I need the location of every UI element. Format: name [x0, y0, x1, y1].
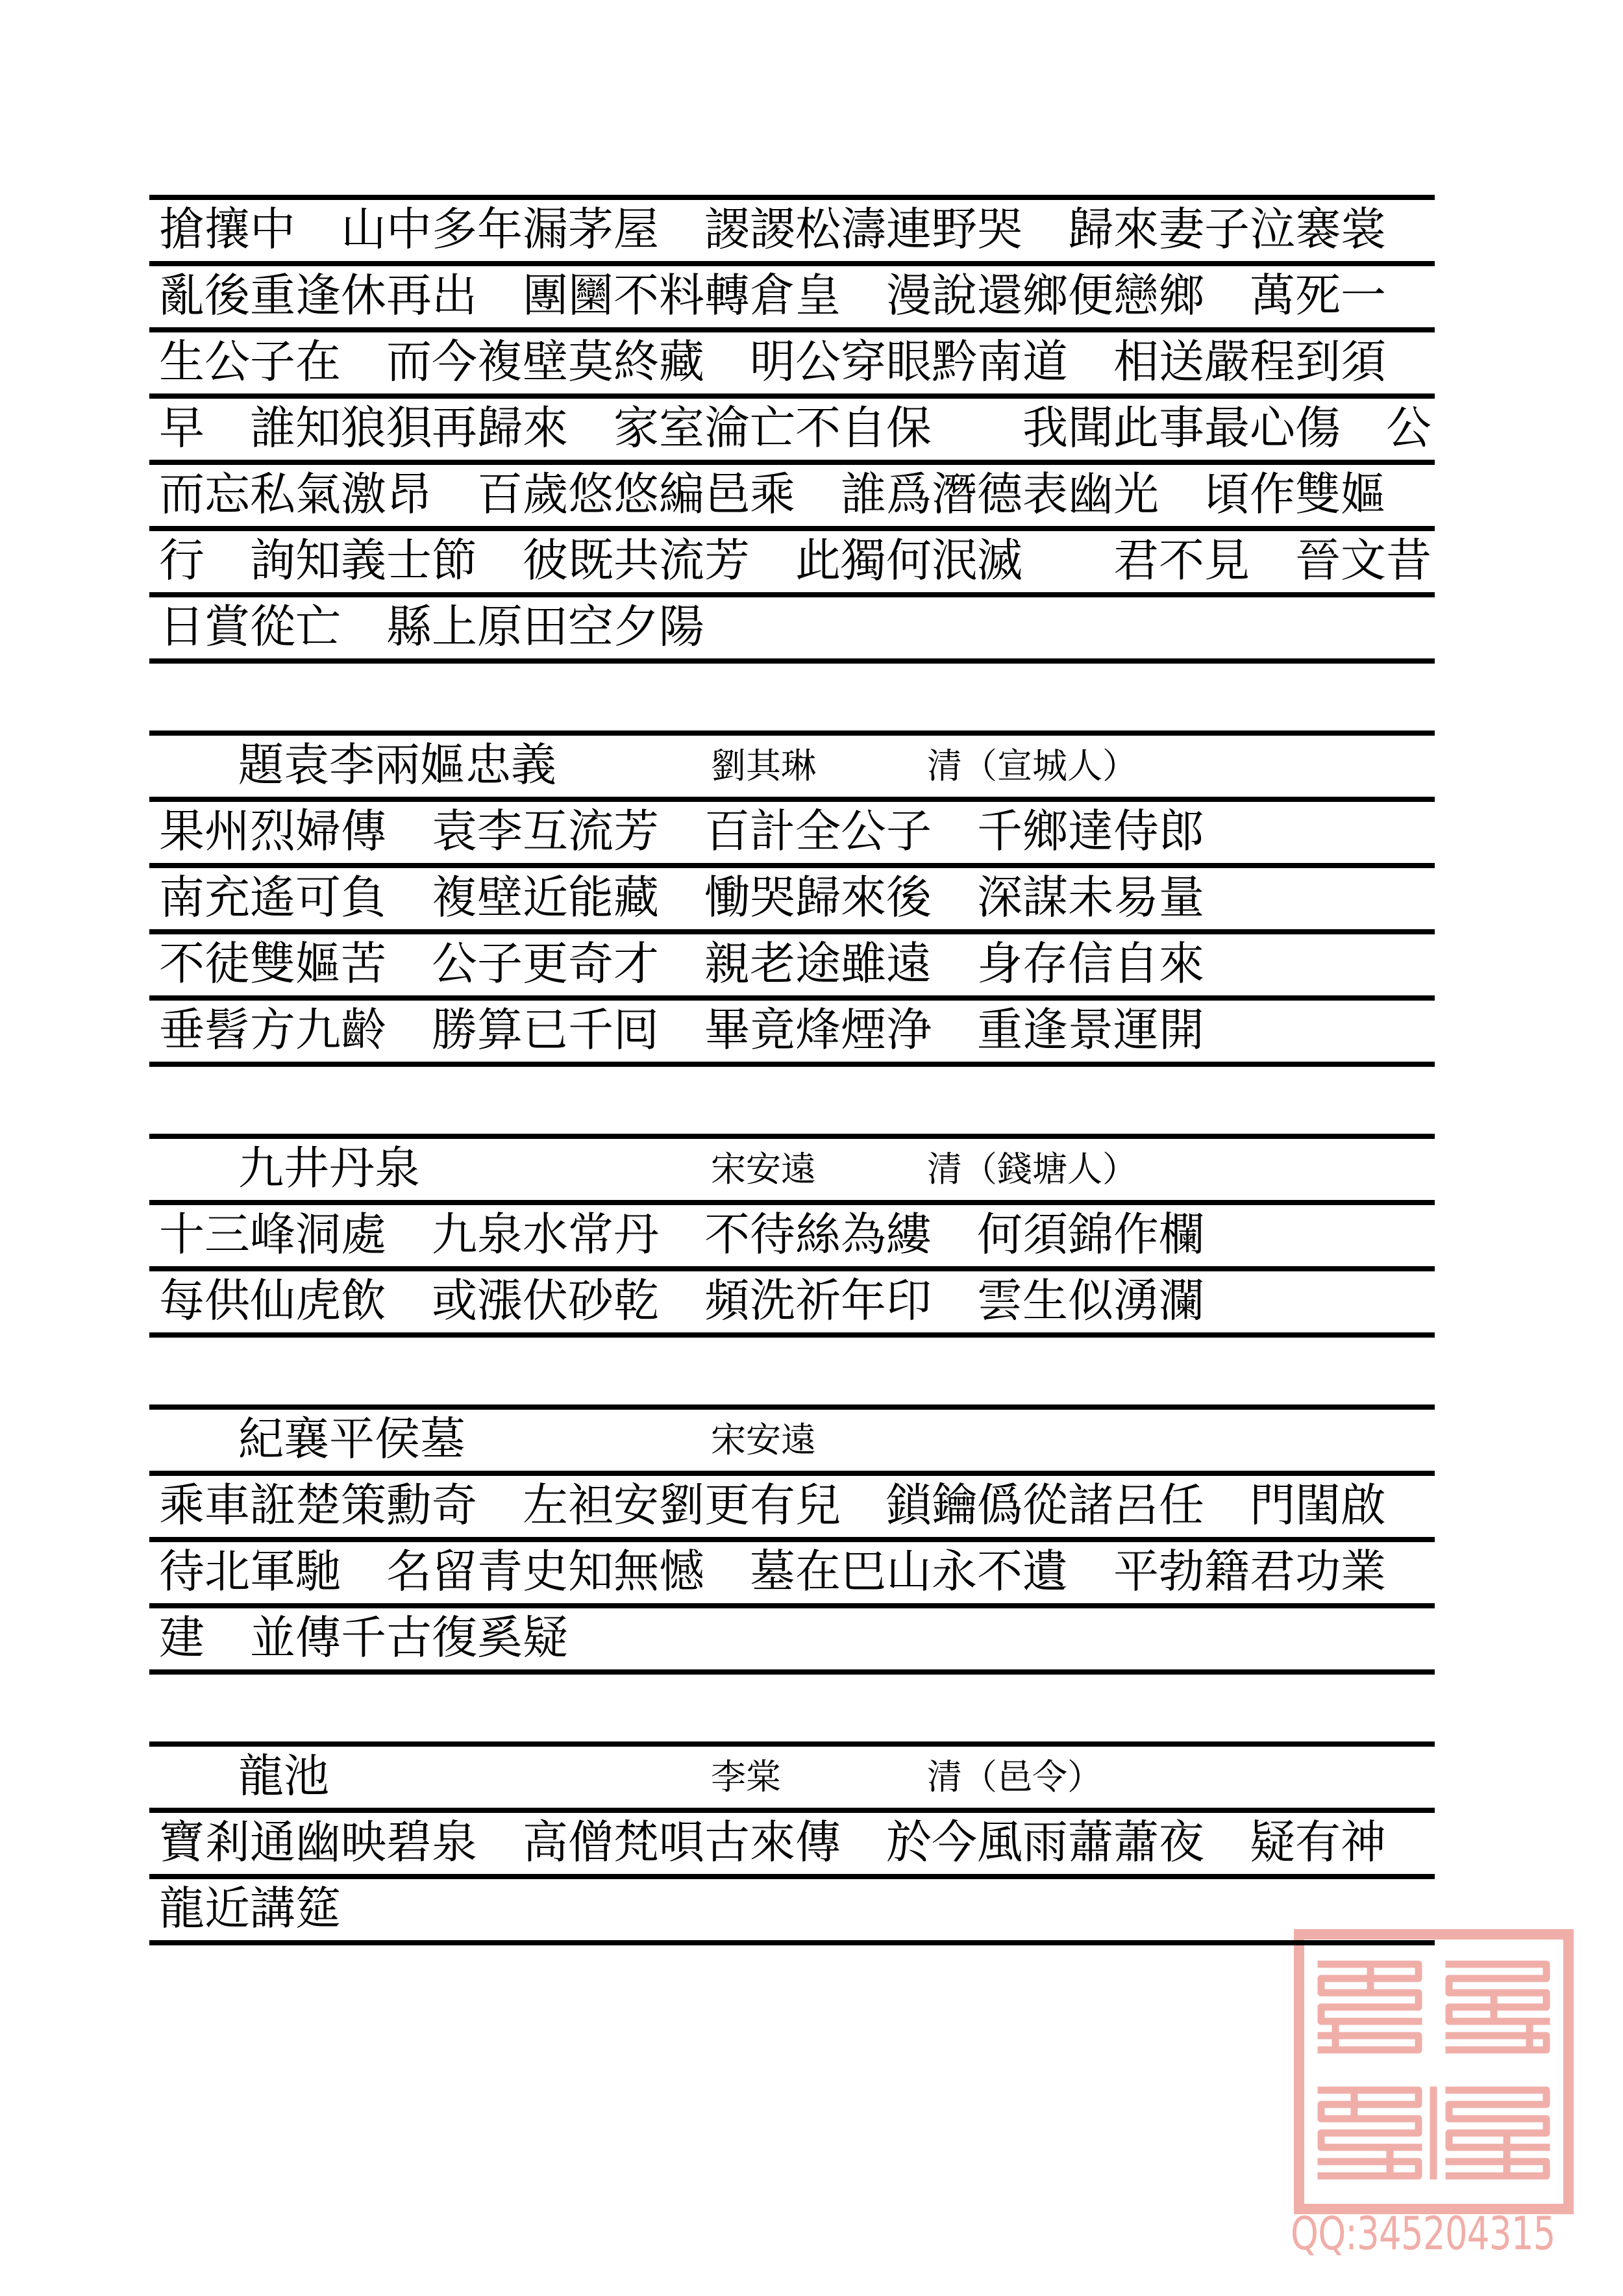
poem-line-row: 每供仙虎飲 或漲伏砂乾 頻洗祈年印 雲生似湧瀾	[149, 1271, 1435, 1338]
poem-line: 不徒雙嫗苦 公子更奇才 親老途雖遠 身存信自來	[149, 942, 1204, 988]
poem-text-content: 搶攘中 山中多年漏茅屋 謖謖松濤連野哭 歸來妻子泣褰裳 亂後重逢休再出 團圞不料…	[149, 195, 1435, 1945]
seal-stamp-icon	[1293, 1928, 1575, 2215]
poem-block-continuation: 搶攘中 山中多年漏茅屋 謖謖松濤連野哭 歸來妻子泣褰裳 亂後重逢休再出 團圞不料…	[149, 195, 1435, 664]
poem-line: 早 誰知狼狽再歸來 家室淪亡不自保 我聞此事最心傷 公	[149, 406, 1431, 452]
section-author: 宋安遠	[711, 1152, 816, 1187]
poem-block-longchi: 龍池 李棠 清（邑令） 寶剎通幽映碧泉 高僧梵唄古來傳 於今風雨蕭蕭夜 疑有神 …	[149, 1741, 1435, 1945]
poem-line: 日賞從亡 縣上原田空夕陽	[149, 605, 704, 651]
poem-line: 而忘私氣激昂 百歲悠悠編邑乘 誰爲潛德表幽光 頃作雙嫗	[149, 473, 1386, 518]
poem-line-row: 果州烈婦傳 袁李互流芳 百計全公子 千鄉達侍郎	[149, 802, 1435, 868]
poem-block-jiujing-danquan: 九井丹泉 宋安遠 清（錢塘人） 十三峰洞處 九泉水常丹 不待絲為縷 何須錦作欄 …	[149, 1134, 1435, 1338]
poem-line-row: 生公子在 而今複壁莫終藏 明公穿眼黔南道 相送嚴程到須	[149, 332, 1435, 399]
poem-line: 生公子在 而今複壁莫終藏 明公穿眼黔南道 相送嚴程到須	[149, 340, 1386, 386]
section-title-row: 龍池 李棠 清（邑令）	[149, 1747, 1435, 1813]
qq-watermark-text: QQ:345204315	[1291, 2209, 1555, 2259]
poem-line-row: 垂髫方九齡 勝算已千囘 畢竟烽煙浄 重逢景運開	[149, 1001, 1435, 1067]
poem-line-row: 亂後重逢休再出 團圞不料轉倉皇 漫說還鄉便戀鄉 萬死一	[149, 266, 1435, 332]
poem-line-row: 乘車誑楚策勳奇 左袒安劉更有兒 鎖鑰僞從諸呂任 門閨啟	[149, 1476, 1435, 1542]
poem-line-row: 十三峰洞處 九泉水常丹 不待絲為縷 何須錦作欄	[149, 1205, 1435, 1271]
section-author: 劉其琳	[711, 749, 816, 784]
section-author: 宋安遠	[711, 1423, 816, 1458]
poem-line: 十三峰洞處 九泉水常丹 不待絲為縷 何須錦作欄	[149, 1213, 1204, 1258]
poem-line-row: 南充遙可負 複壁近能藏 慟哭歸來後 深謀未易量	[149, 868, 1435, 934]
poem-line: 乘車誑楚策勳奇 左袒安劉更有兒 鎖鑰僞從諸呂任 門閨啟	[149, 1484, 1386, 1529]
poem-line-row: 而忘私氣激昂 百歲悠悠編邑乘 誰爲潛德表幽光 頃作雙嫗	[149, 465, 1435, 531]
poem-line-row: 待北軍馳 名留青史知無憾 墓在巴山永不遺 平勃籍君功業	[149, 1542, 1435, 1608]
section-dynasty: 清（錢塘人）	[927, 1152, 1137, 1187]
poem-line: 果州烈婦傳 袁李互流芳 百計全公子 千鄉達侍郎	[149, 810, 1204, 855]
poem-line: 搶攘中 山中多年漏茅屋 謖謖松濤連野哭 歸來妻子泣褰裳	[149, 208, 1386, 253]
poem-line: 待北軍馳 名留青史知無憾 墓在巴山永不遺 平勃籍君功業	[149, 1550, 1386, 1595]
poem-line-row: 早 誰知狼狽再歸來 家室淪亡不自保 我聞此事最心傷 公	[149, 399, 1435, 465]
poem-line-row: 不徒雙嫗苦 公子更奇才 親老途雖遠 身存信自來	[149, 934, 1435, 1001]
section-title: 題袁李兩嫗忠義	[238, 743, 556, 789]
poem-line-row: 建 並傳千古復奚疑	[149, 1608, 1435, 1675]
poem-line: 南充遙可負 複壁近能藏 慟哭歸來後 深謀未易量	[149, 876, 1204, 921]
document-page: 搶攘中 山中多年漏茅屋 謖謖松濤連野哭 歸來妻子泣褰裳 亂後重逢休再出 團圞不料…	[0, 0, 1623, 2296]
poem-line: 亂後重逢休再出 團圞不料轉倉皇 漫說還鄉便戀鄉 萬死一	[149, 274, 1386, 319]
poem-line-row: 日賞從亡 縣上原田空夕陽	[149, 597, 1435, 664]
section-dynasty: 清（宣城人）	[927, 749, 1137, 784]
section-title-row: 紀襄平侯墓 宋安遠	[149, 1410, 1435, 1476]
poem-line: 行 詢知義士節 彼既共流芳 此獨何泯滅 君不見 晉文昔	[149, 539, 1431, 584]
section-title-row: 題袁李兩嫗忠義 劉其琳 清（宣城人）	[149, 736, 1435, 802]
poem-block-yuan-li: 題袁李兩嫗忠義 劉其琳 清（宣城人） 果州烈婦傳 袁李互流芳 百計全公子 千鄉達…	[149, 730, 1435, 1067]
section-title: 九井丹泉	[238, 1147, 420, 1192]
poem-line: 龍近講筵	[149, 1887, 341, 1932]
section-title: 龍池	[238, 1754, 329, 1800]
poem-line: 垂髫方九齡 勝算已千囘 畢竟烽煙浄 重逢景運開	[149, 1008, 1204, 1054]
poem-line: 建 並傳千古復奚疑	[149, 1616, 568, 1662]
section-title: 紀襄平侯墓	[238, 1417, 465, 1463]
poem-block-xiangping-hou-mu: 紀襄平侯墓 宋安遠 乘車誑楚策勳奇 左袒安劉更有兒 鎖鑰僞從諸呂任 門閨啟 待北…	[149, 1404, 1435, 1675]
section-author: 李棠	[711, 1760, 781, 1795]
section-dynasty: 清（邑令）	[927, 1760, 1102, 1795]
poem-line-row: 搶攘中 山中多年漏茅屋 謖謖松濤連野哭 歸來妻子泣褰裳	[149, 200, 1435, 266]
poem-line: 寶剎通幽映碧泉 高僧梵唄古來傳 於今風雨蕭蕭夜 疑有神	[149, 1821, 1386, 1866]
poem-line-row: 行 詢知義士節 彼既共流芳 此獨何泯滅 君不見 晉文昔	[149, 531, 1435, 597]
poem-line-row: 龍近講筵	[149, 1879, 1435, 1945]
section-title-row: 九井丹泉 宋安遠 清（錢塘人）	[149, 1139, 1435, 1205]
poem-line-row: 寶剎通幽映碧泉 高僧梵唄古來傳 於今風雨蕭蕭夜 疑有神	[149, 1813, 1435, 1879]
poem-line: 每供仙虎飲 或漲伏砂乾 頻洗祈年印 雲生似湧瀾	[149, 1279, 1204, 1325]
